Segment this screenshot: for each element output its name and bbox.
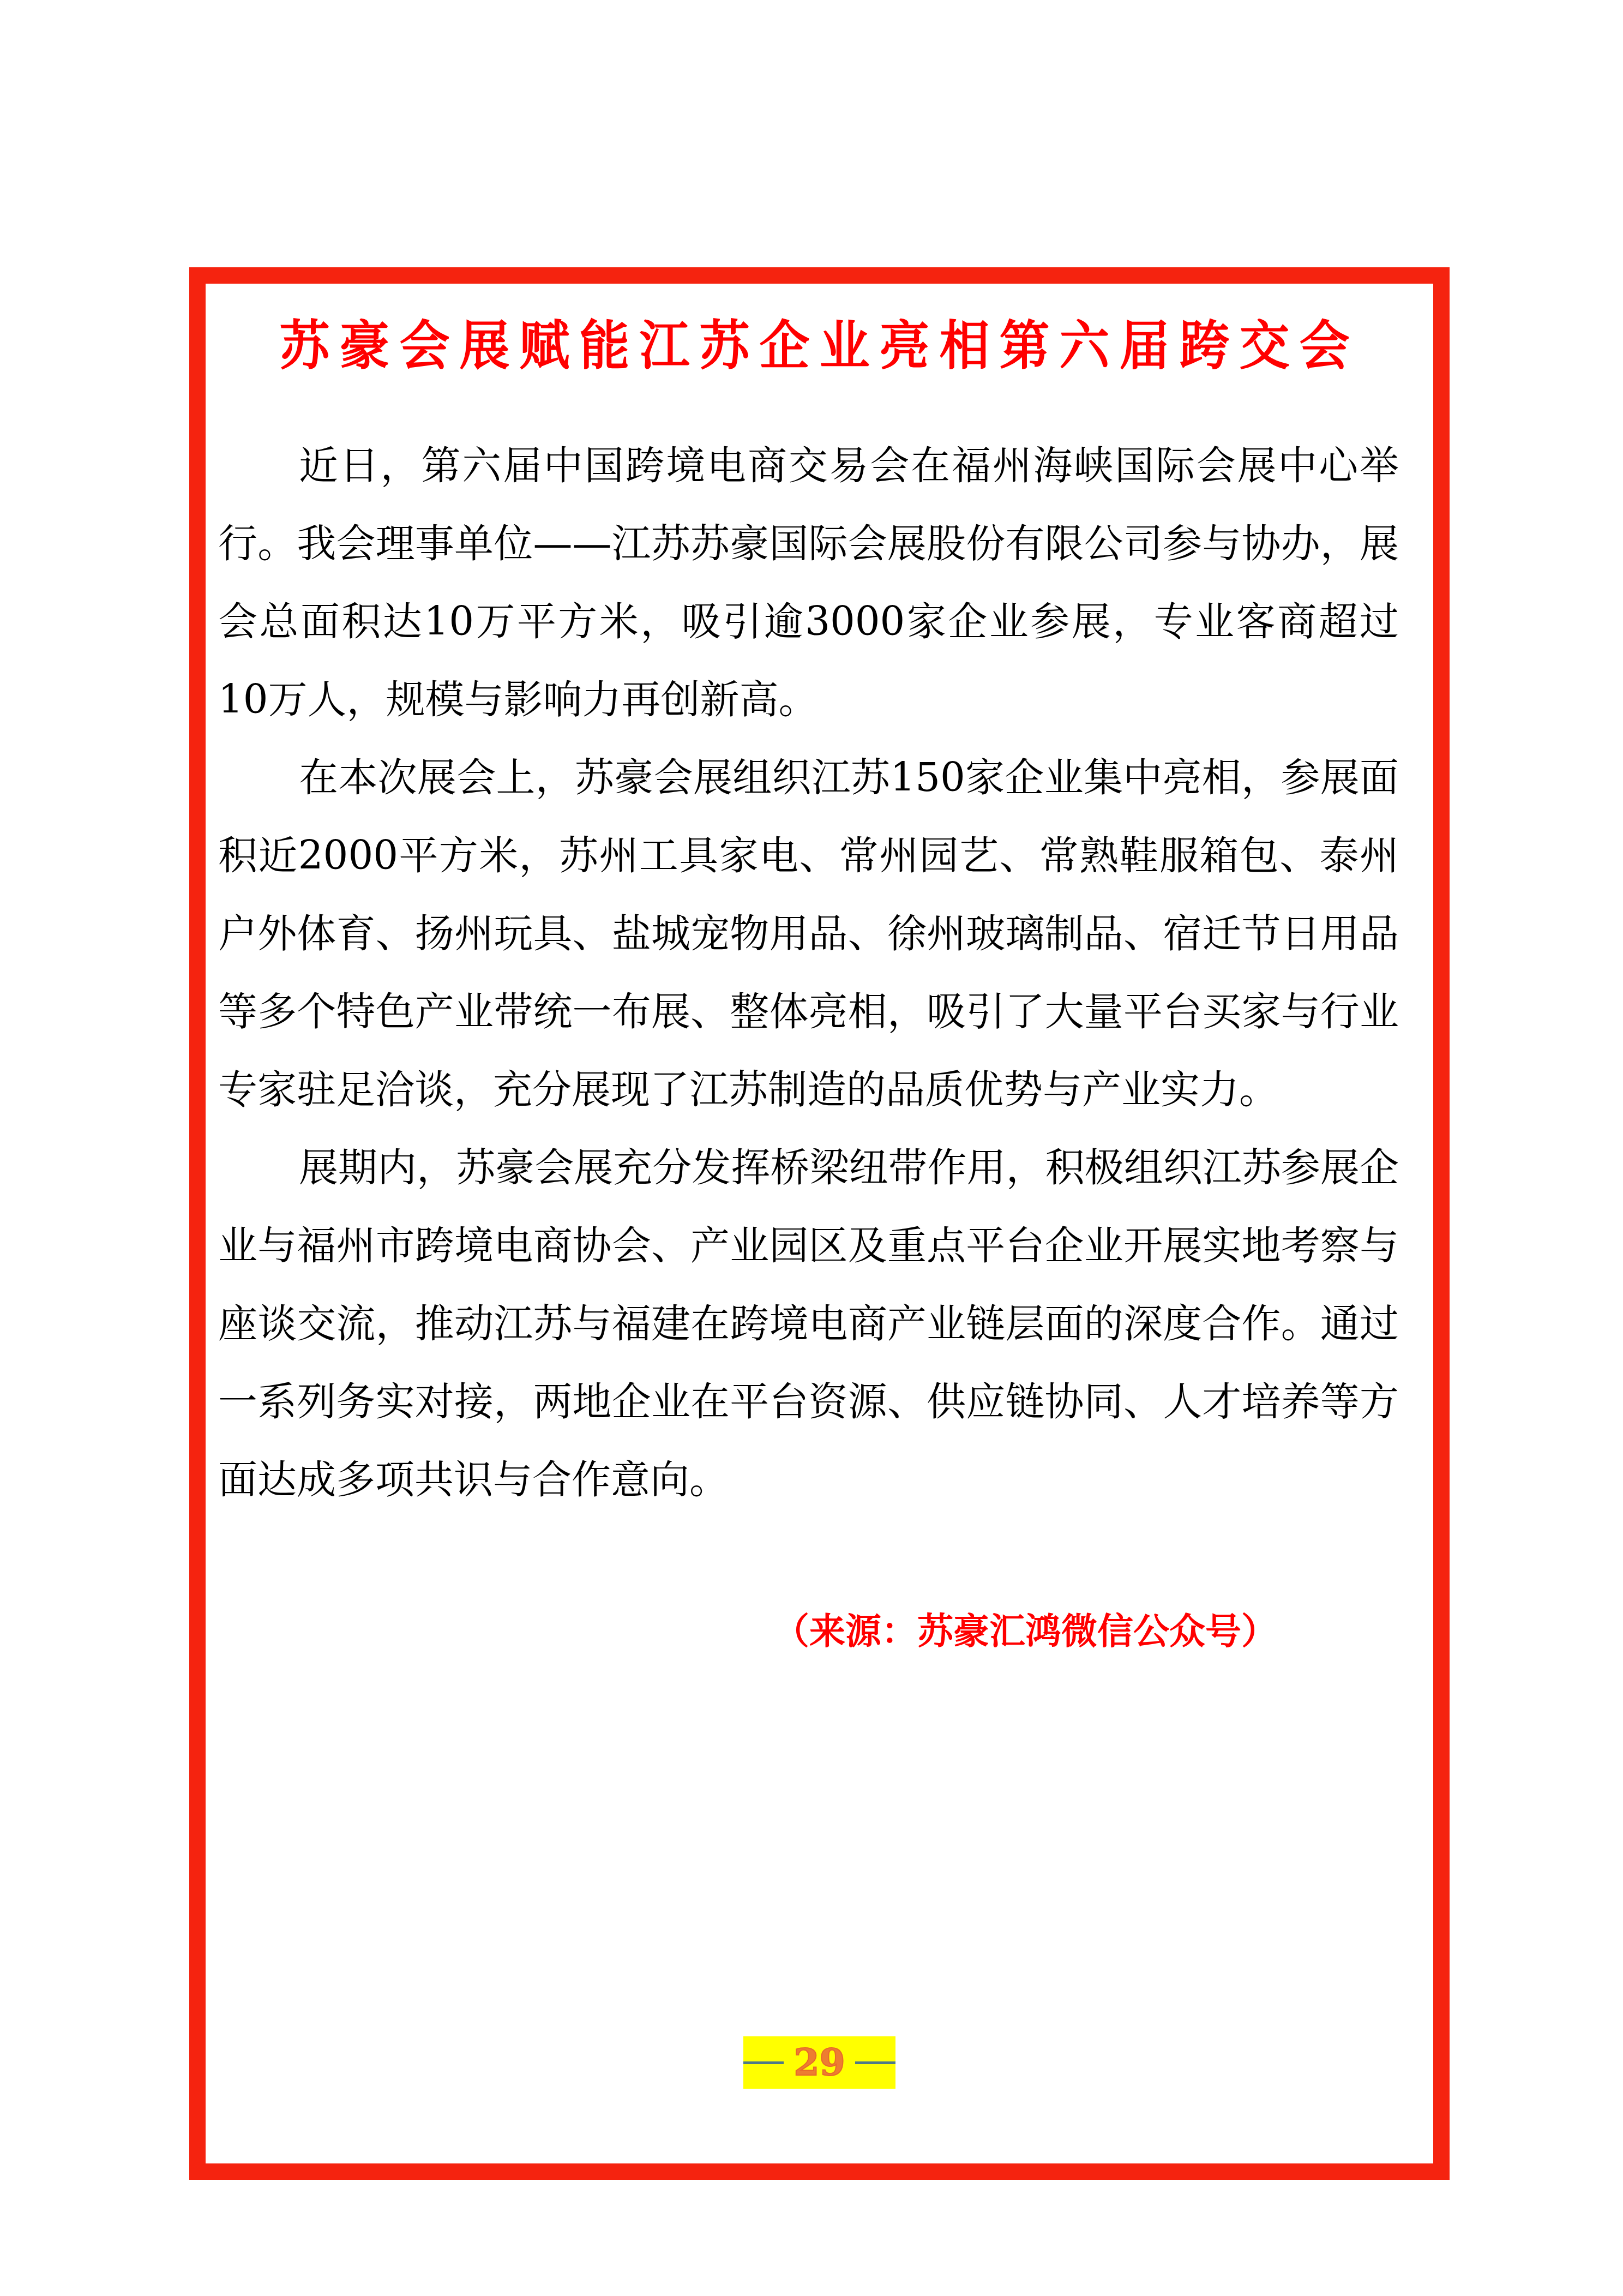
right-dash-icon — [855, 2061, 895, 2064]
page-number: 29 — [794, 2036, 845, 2089]
left-dash-icon — [743, 2061, 784, 2064]
paragraph-1: 近日，第六届中国跨境电商交易会在福州海峡国际会展中心举行。我会理事单位——江苏苏… — [218, 427, 1399, 739]
paragraph-2: 在本次展会上，苏豪会展组织江苏150家企业集中亮相，参展面积近2000平方米，苏… — [218, 739, 1399, 1129]
article-body: 近日，第六届中国跨境电商交易会在福州海峡国际会展中心举行。我会理事单位——江苏苏… — [218, 427, 1399, 1519]
paragraph-3: 展期内，苏豪会展充分发挥桥梁纽带作用，积极组织江苏参展企业与福州市跨境电商协会、… — [218, 1129, 1399, 1519]
page-number-badge: 29 — [743, 2036, 895, 2089]
source-attribution: （来源：苏豪汇鸿微信公众号） — [764, 1604, 1287, 1658]
article-title: 苏豪会展赋能江苏企业亮相第六届跨交会 — [189, 314, 1450, 377]
